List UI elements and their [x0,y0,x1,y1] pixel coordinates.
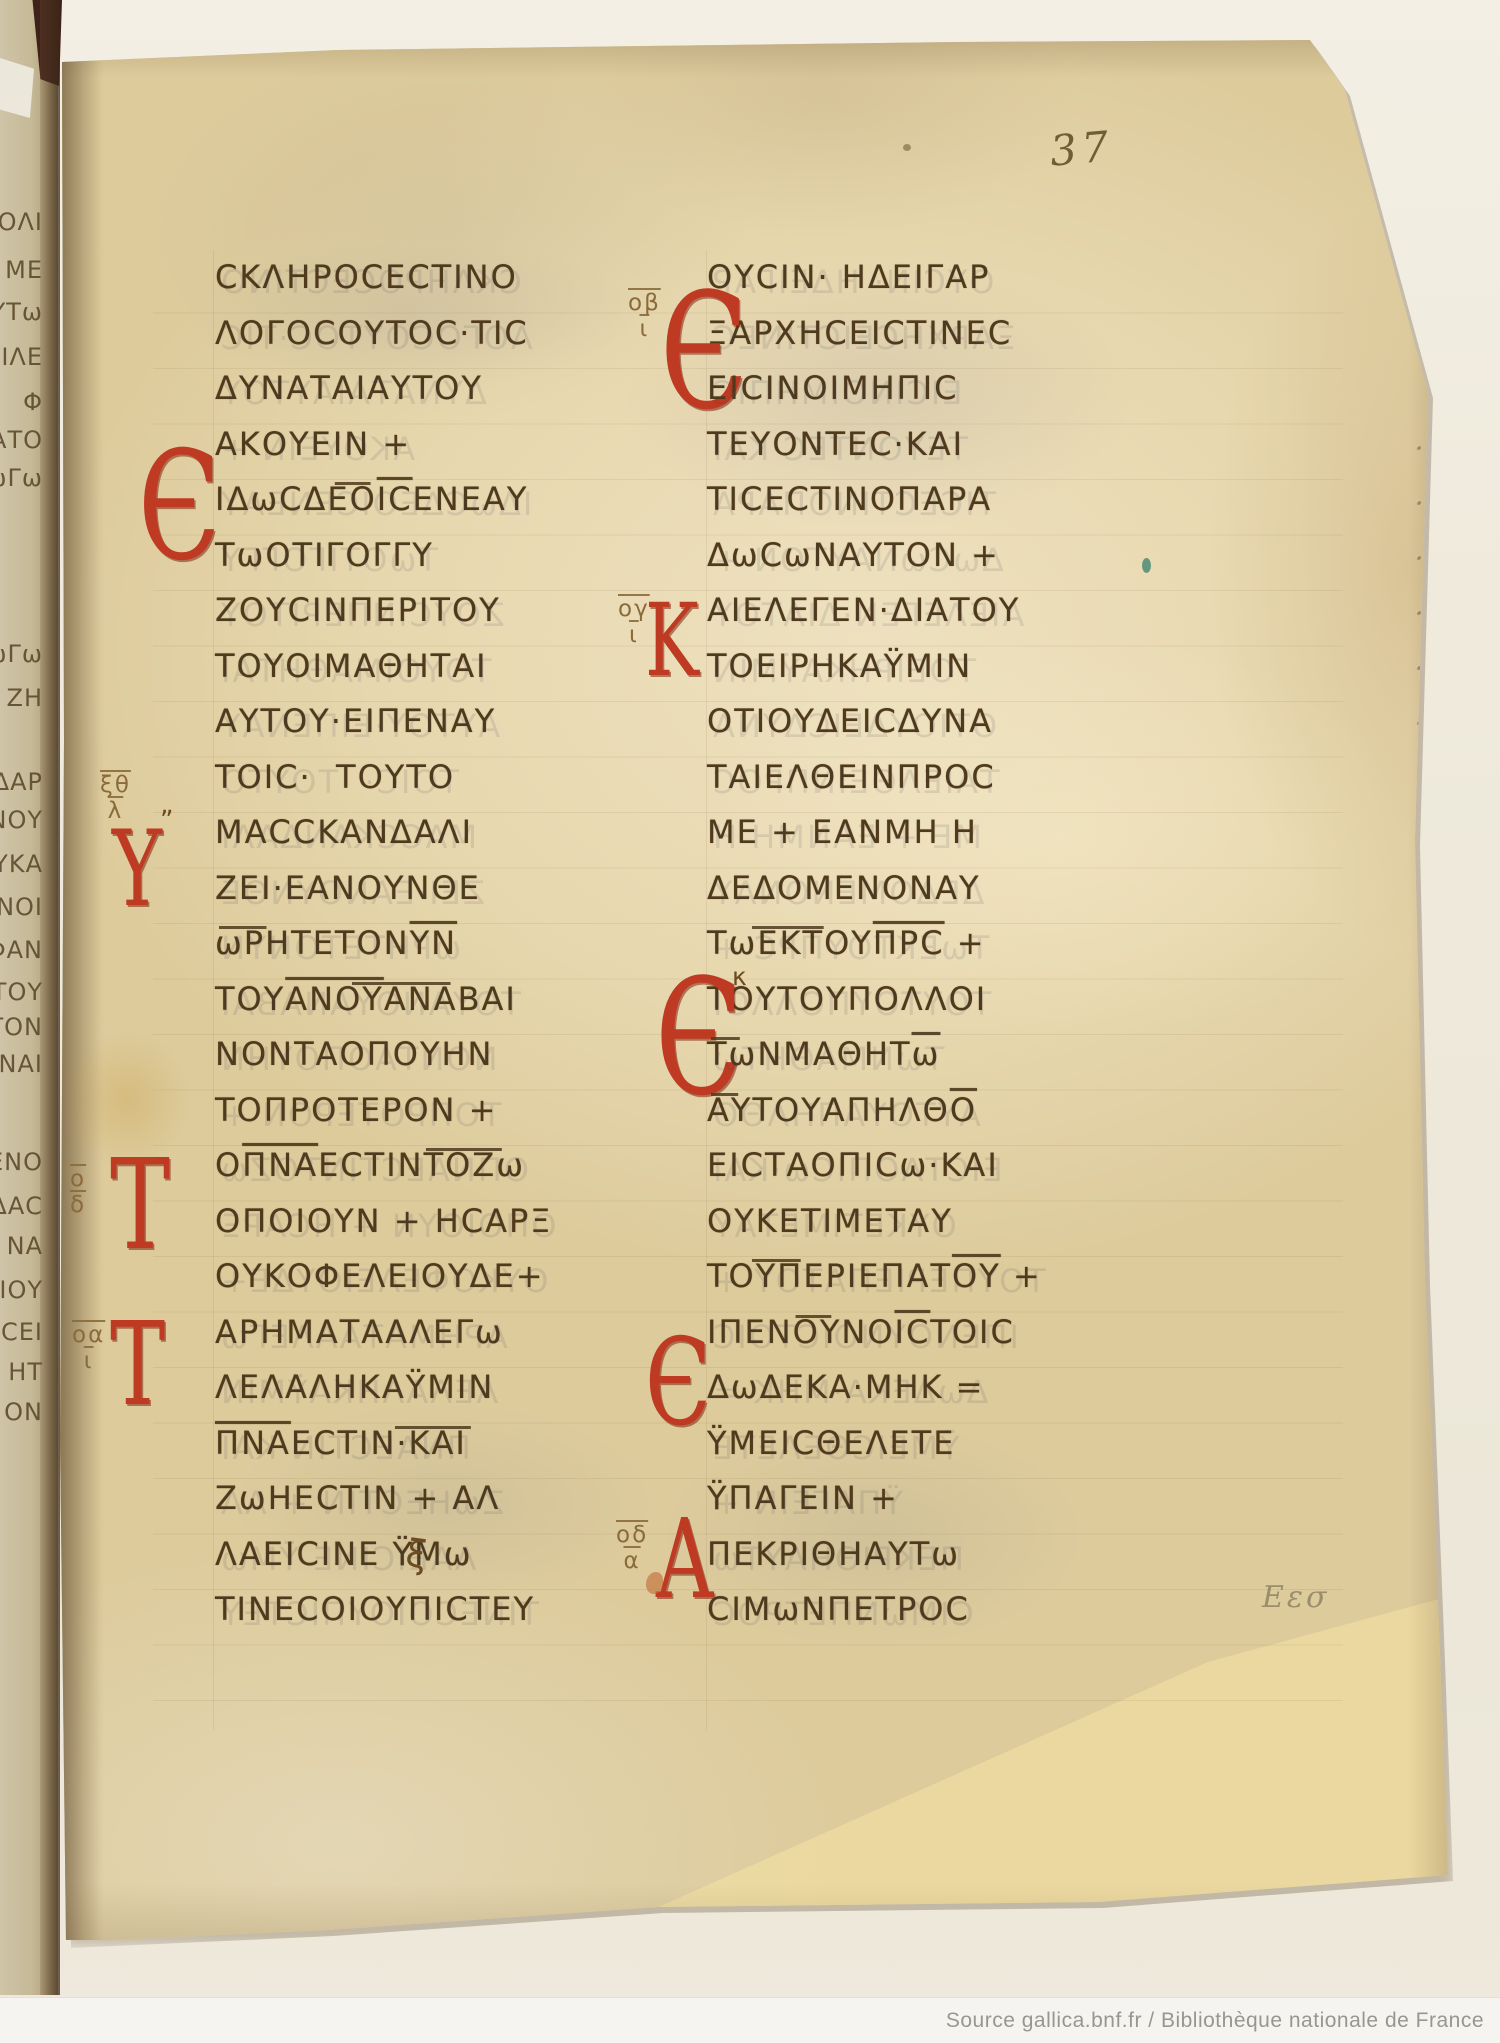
folio-number: 37 [1048,121,1115,175]
pricking-hole [1416,445,1421,450]
manuscript-line: ωΡΗΤΕΤΟΝΥΝωΡΗΤΕΤΟΝΥΝ [215,924,457,962]
pricking-hole [1416,500,1421,505]
manuscript-line: ΤΟΕΙΡΗΚΑΫΜΙΝΤΟΕΙΡΗΚΑΫΜΙΝ [707,647,972,685]
facing-page-text-fragment: ΥΚΑ [0,850,43,878]
manuscript-line: ΙΠΕΝΟΥΝΟΙϹΤΟΙϹΙΠΕΝΟΥΝΟΙϹΤΟΙϹ [707,1313,1015,1351]
manuscript-line: ΤωΕΚΤΟΥΠΡϹ +ΤωΕΚΤΟΥΠΡϹ + [707,924,986,962]
manuscript-line: ΤΟΥΟΙΜΑΘΗΤΑΙΤΟΥΟΙΜΑΘΗΤΑΙ [215,647,488,685]
manuscript-line: ΟΤΙΟΥΔΕΙϹΔΥΝΑΟΤΙΟΥΔΕΙϹΔΥΝΑ [707,702,993,740]
facing-page-text-fragment: ΤΟΥ [0,978,43,1006]
facing-page-text-fragment: ΦΑΝ [0,936,43,964]
superscript-kappa: κ [732,962,747,991]
footer-source-text: Source gallica.bnf.fr / Bibliothèque nat… [946,2009,1500,2033]
manuscript-line: ΟΠΟΙΟΥΝ + ΗϹΑΡΞΟΠΟΙΟΥΝ + ΗϹΑΡΞ [215,1202,553,1240]
manuscript-line: ϹΙΜωΝΠΕΤΡΟϹϹΙΜωΝΠΕΤΡΟϹ [707,1590,970,1628]
manuscript-line: ΑΚΟΥΕΙΝ +ΑΚΟΥΕΙΝ + [215,425,411,463]
rubricated-initial: Α [656,1510,713,1609]
rubricated-initial: Τ [110,1314,165,1418]
manuscript-line: ΤΙϹΕϹΤΙΝΟΠΑΡΑΤΙϹΕϹΤΙΝΟΠΑΡΑ [707,480,992,518]
parchment-stain [62,1030,192,1170]
pricking-hole [1416,610,1421,615]
margin-section-note: οδα [616,1522,648,1574]
manuscript-line: ΤωΟΤΙΓΟΓΓΥΤωΟΤΙΓΟΓΓΥ [215,536,434,574]
manuscript-line: ΟΥϹΙΝ· ΗΔΕΙΓΑΡΟΥϹΙΝ· ΗΔΕΙΓΑΡ [707,258,990,296]
manuscript-line: ΛΕΛΑΛΗΚΑΫΜΙΝΛΕΛΑΛΗΚΑΫΜΙΝ [215,1368,494,1406]
facing-page-text-fragment: ωΓω [0,640,43,668]
facing-page-text-fragment: ΕΝΟ [0,1148,43,1176]
ink-speck [903,144,911,151]
manuscript-line: ΔωϹωΝΑΥΤΟΝ +ΔωϹωΝΑΥΤΟΝ + [707,536,1000,574]
manuscript-line: ΕΙϹΙΝΟΙΜΗΠΙϹΕΙϹΙΝΟΙΜΗΠΙϹ [707,369,959,407]
facing-page-text-fragment: ΝΑ [7,1232,43,1260]
manuscript-line: ΕΙϹΤΑΟΠΙϹω·ΚΑΙΕΙϹΤΑΟΠΙϹω·ΚΑΙ [707,1146,999,1184]
manuscript-line: ΫΜΕΙϹΘΕΛΕΤΕΫΜΕΙϹΘΕΛΕΤΕ [707,1424,955,1462]
manuscript-line: ΤωΝΜΑΘΗΤωΤωΝΜΑΘΗΤω [707,1035,940,1073]
manuscript-line: ΠΕΚΡΙΘΗΑΥΤωΠΕΚΡΙΘΗΑΥΤω [707,1535,960,1573]
manuscript-line: ΤΙΝΕϹΟΙΟΥΠΙϹΤΕΥΤΙΝΕϹΟΙΟΥΠΙϹΤΕΥ [215,1590,535,1628]
manuscript-line: ΑΙΕΛΕΓΕΝ·ΔΙΑΤΟΥΑΙΕΛΕΓΕΝ·ΔΙΑΤΟΥ [707,591,1020,629]
manuscript-line: ΔΥΝΑΤΑΙΑΥΤΟΥΔΥΝΑΤΑΙΑΥΤΟΥ [215,369,483,407]
facing-page-text-fragment: ωΓω [0,464,43,492]
rubricated-initial: Є [645,1330,711,1438]
manuscript-line: ΛΑΕΙϹΙΝΕ ΫΜωΛΑΕΙϹΙΝΕ ΫΜω [215,1535,473,1573]
manuscript-line: ΖωΗΕϹΤΙΝ + ΑΛΖωΗΕϹΤΙΝ + ΑΛ [215,1479,500,1517]
pricking-hole [1416,555,1421,560]
manuscript-line: ΟΥΚΟΦΕΛΕΙΟΥΔΕ+ΟΥΚΟΦΕΛΕΙΟΥΔΕ+ [215,1257,545,1295]
facing-page-text-fragment: ΥΙΛΕ [0,343,43,371]
margin-section-note: ογι [618,596,650,648]
manuscript-line: ΑΥΤΟΥ·ΕΙΠΕΝΑΥΑΥΤΟΥ·ΕΙΠΕΝΑΥ [215,702,496,740]
manuscript-line: ΔωΔΕΚΑ·ΜΗΚ =ΔωΔΕΚΑ·ΜΗΚ = [707,1368,984,1406]
manuscript-line: ΛΟΓΟϹΟΥΤΟϹ·ΤΙϹΛΟΓΟϹΟΥΤΟϹ·ΤΙϹ [215,314,529,352]
margin-section-note: οδ [70,1166,86,1218]
facing-page-text-fragment: ΝΑΙ [0,1050,43,1078]
manuscript-line: ΖΕΙ·ΕΑΝΟΥΝΘΕΖΕΙ·ΕΑΝΟΥΝΘΕ [215,869,481,907]
facing-page-text-fragment: ΤΟΝ [0,1013,43,1041]
ditto-mark: „ [160,790,173,820]
manuscript-line: ΤΟΥΤΟΥΠΟΛΛΟΙΤΟΥΤΟΥΠΟΛΛΟΙ [707,980,987,1018]
facing-page-text-fragment: ΖΗ [7,684,44,712]
facing-page-text-fragment: ΙΑΤΟ [0,426,43,454]
manuscript-line: ΝΟΝΤΑΟΠΟΥΗΝΝΟΝΤΑΟΠΟΥΗΝ [215,1035,493,1073]
manuscript-line: ΟΠΝΑΕϹΤΙΝΤΟΖωΟΠΝΑΕϹΤΙΝΤΟΖω [215,1146,525,1184]
manuscript-line: ΜΕ + ΕΑΝΜΗ ΗΜΕ + ΕΑΝΜΗ Η [707,813,978,851]
manuscript-line: ΙΔωϹΔΕΟΙϹΕΝΕΑΥΙΔωϹΔΕΟΙϹΕΝΕΑΥ [215,480,528,518]
rubricated-initial: Υ [112,822,162,917]
gutter-shadow [40,0,60,1995]
margin-section-note: οαι [72,1322,105,1374]
margin-section-note: ξθλ [100,772,131,824]
facing-page-text-fragment: ΔΑϹ [0,1192,43,1220]
manuscript-line: ΖΟΥϹΙΝΠΕΡΙΤΟΥΖΟΥϹΙΝΠΕΡΙΤΟΥ [215,591,501,629]
manuscript-line: ΫΠΑΓΕΙΝ +ΫΠΑΓΕΙΝ + [707,1479,899,1517]
teal-paint-mark [1142,558,1151,573]
facing-page-text-fragment: ΔΑΡ [0,768,43,796]
corner-inscription: Εεσ [1262,1580,1329,1615]
manuscript-line: ΑΡΗΜΑΤΑΑΛΕΓωΑΡΗΜΑΤΑΑΛΕΓω [215,1313,504,1351]
facing-page-text-fragment: ΑΥΤω [0,298,43,326]
footer-bar: Source gallica.bnf.fr / Bibliothèque nat… [0,1997,1500,2043]
facing-page-text-fragment: ΜΕ [5,256,43,284]
facing-page-text-fragment: ΟΙΟΥ [0,1276,43,1304]
rubricated-initial: Κ [645,596,699,686]
parchment-page: ϹΚΛΗΡΟϹΕϹΤΙΝΟϹΚΛΗΡΟϹΕϹΤΙΝΟΛΟΓΟϹΟΥΤΟϹ·ΤΙϹ… [58,40,1450,1940]
manuscript-line: ΤΕΥΟΝΤΕϹ·ΚΑΙΤΕΥΟΝΤΕϹ·ΚΑΙ [707,425,964,463]
manuscript-line: ΤΟΙϹ· ΤΟΥΤΟΤΟΙϹ· ΤΟΥΤΟ [215,758,455,796]
manuscript-line: ΜΑϹϹΚΑΝΔΑΛΙΜΑϹϹΚΑΝΔΑΛΙ [215,813,473,851]
manuscript-line: ΔΕΔΟΜΕΝΟΝΑΥΔΕΔΟΜΕΝΟΝΑΥ [707,869,981,907]
manuscript-line: ϹΚΛΗΡΟϹΕϹΤΙΝΟϹΚΛΗΡΟϹΕϹΤΙΝΟ [215,258,518,296]
rubricated-initial: Є [138,440,221,575]
manuscript-line: ΠΝΑΕϹΤΙΝ·ΚΑΙΠΝΑΕϹΤΙΝ·ΚΑΙ [215,1424,467,1462]
facing-page-text-fragment: ΝΟΙ [0,893,43,921]
manuscript-line: ΑΥΤΟΥΑΠΗΛΘΟΑΥΤΟΥΑΠΗΛΘΟ [707,1091,977,1129]
facing-page-text-fragment: ΤΟΛΙ [0,208,43,236]
facing-page-text-fragment: ΟΥΝΟΥ [0,806,43,834]
manuscript-line: ΟΥΚΕΤΙΜΕΤΑΥΟΥΚΕΤΙΜΕΤΑΥ [707,1202,953,1240]
margin-section-note: οβι [628,290,661,342]
manuscript-line: ΤΟΠΡΟΤΕΡΟΝ +ΤΟΠΡΟΤΕΡΟΝ + [215,1091,497,1129]
manuscript-line: ΤΑΙΕΛΘΕΙΝΠΡΟϹΤΑΙΕΛΘΕΙΝΠΡΟϹ [707,758,996,796]
manuscript-line: ΤΟΥΑΝΟΥΑΝΑΒΑΙΤΟΥΑΝΟΥΑΝΑΒΑΙ [215,980,517,1018]
facing-page-text-fragment: ΕϹΕΙ [0,1318,43,1346]
manuscript-line: ΞΑΡΧΗϹΕΙϹΤΙΝΕϹΞΑΡΧΗϹΕΙϹΤΙΝΕϹ [707,314,1012,352]
manuscript-line: ΤΟΥΠΕΡΙΕΠΑΤΟΥ +ΤΟΥΠΕΡΙΕΠΑΤΟΥ + [707,1257,1042,1295]
facing-page-text-fragment: ΗΤ [8,1358,43,1386]
manuscript-scan: ΤΟΛΙΜΕΑΥΤωΥΙΛΕΦΙΑΤΟωΓωωΓωΖΗΔΑΡΟΥΝΟΥΥΚΑΝΟ… [0,0,1500,2043]
facing-page-text-fragment: ΟΝ [4,1398,43,1426]
